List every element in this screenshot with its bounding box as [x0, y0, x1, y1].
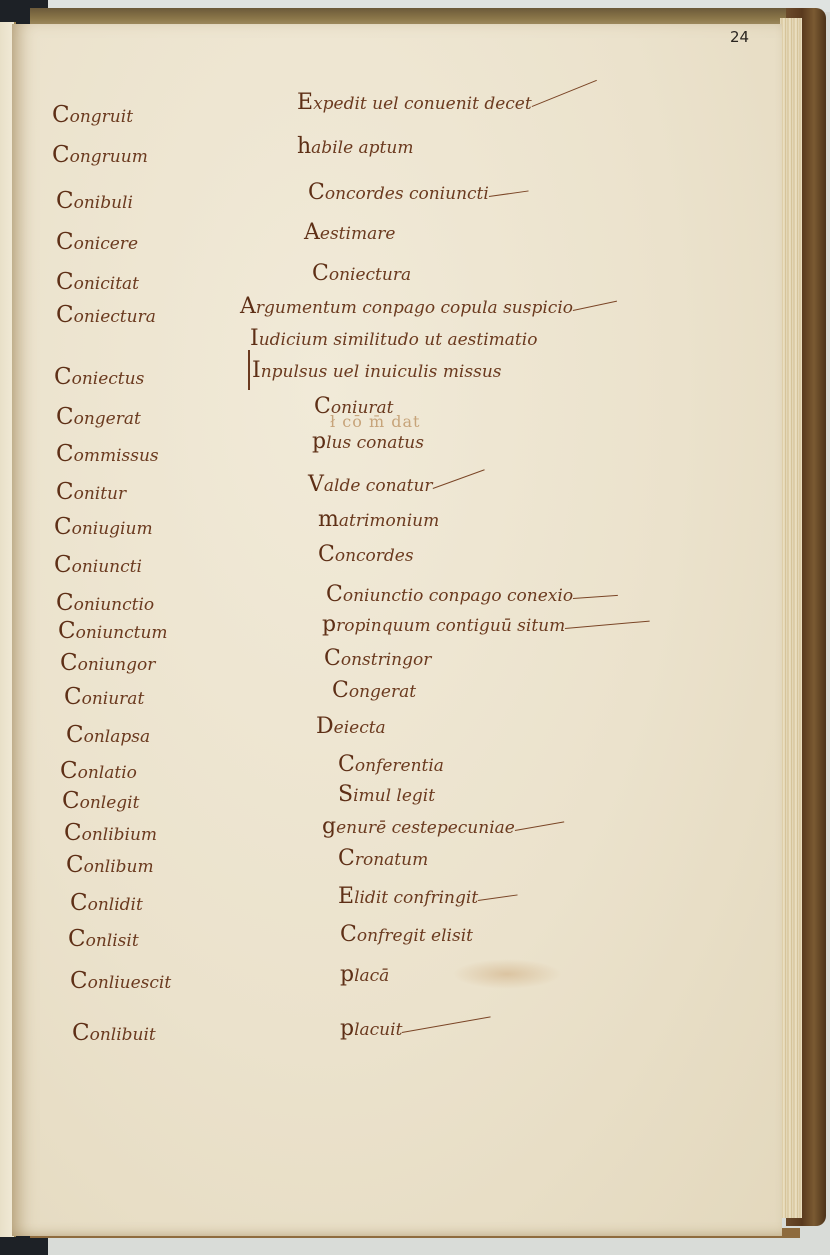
headword-initial: C	[52, 142, 70, 168]
headword: Conliuescit	[70, 968, 171, 994]
headword: Commissus	[56, 441, 159, 467]
gloss-text: lacā	[354, 966, 389, 986]
gloss-text: enurē cestepecuniae	[336, 818, 515, 838]
pen-flourish	[478, 894, 518, 902]
headword: Congruit	[52, 102, 133, 128]
headword-text: onlibum	[84, 857, 154, 877]
gloss-text: oniectura	[329, 265, 411, 285]
gloss-definition: Iudicium similitudo ut aestimatio	[250, 326, 537, 351]
headword-text: onlatio	[78, 763, 137, 783]
gloss-text: oniurat	[331, 398, 394, 418]
headword-text: oniunctio	[74, 595, 155, 615]
headword-initial: C	[56, 404, 74, 430]
headword-initial: C	[70, 890, 88, 916]
headword-text: onlidit	[88, 895, 143, 915]
headword-text: oniungor	[78, 655, 156, 675]
headword: Coniungor	[60, 650, 155, 676]
gloss-initial: C	[324, 646, 341, 671]
headword-initial: C	[56, 441, 74, 467]
pen-flourish	[489, 190, 529, 198]
gloss-initial: I	[250, 326, 259, 351]
gloss-initial: C	[312, 261, 329, 286]
folio-number: 24	[730, 28, 749, 46]
headword-text: ommissus	[74, 446, 159, 466]
gloss-definition: Simul legit	[338, 782, 435, 807]
headword-text: oniectus	[72, 369, 145, 389]
parchment-stain	[452, 959, 562, 989]
gloss-definition: Coniectura	[312, 261, 411, 286]
gloss-text: xpedit uel conuenit decet	[313, 94, 532, 114]
gloss-initial: V	[308, 472, 324, 497]
gloss-text: rgumentum conpago copula suspicio	[256, 298, 573, 318]
gloss-text: onfregit elisit	[357, 926, 473, 946]
gloss-definition: Concordes coniuncti	[308, 180, 489, 205]
headword-text: onicitat	[74, 274, 139, 294]
headword-initial: C	[54, 552, 72, 578]
headword-initial: C	[56, 269, 74, 295]
gloss-text: lacuit	[354, 1020, 402, 1040]
headword: Conicere	[56, 229, 138, 255]
gloss-initial: h	[297, 134, 311, 159]
headword-initial: C	[56, 302, 74, 328]
gloss-definition: Confregit elisit	[340, 922, 473, 947]
headword: Conitur	[56, 479, 126, 505]
headword: Congerat	[56, 404, 141, 430]
headword-initial: C	[62, 788, 80, 814]
headword: Conlapsa	[66, 722, 150, 748]
headword-initial: C	[64, 684, 82, 710]
headword: Conlibium	[64, 820, 157, 846]
headword: Conlibum	[66, 852, 154, 878]
gloss-text: oncordes	[335, 546, 414, 566]
headword-initial: C	[66, 852, 84, 878]
headword-text: onliuescit	[88, 973, 172, 993]
pen-flourish	[433, 469, 485, 490]
headword-initial: C	[70, 968, 88, 994]
headword-initial: C	[56, 229, 74, 255]
headword: Congruum	[52, 142, 148, 168]
headword: Conlatio	[60, 758, 137, 784]
headword-text: onlegit	[80, 793, 140, 813]
headword: Coniuncti	[54, 552, 142, 578]
headword: Coniurat	[64, 684, 144, 710]
headword-text: oniuncti	[72, 557, 142, 577]
gloss-text: onferentia	[355, 756, 444, 776]
headword: Coniectus	[54, 364, 144, 390]
pen-flourish	[573, 595, 618, 600]
gloss-initial: I	[252, 358, 261, 383]
gloss-initial: C	[340, 922, 357, 947]
pen-flourish	[515, 821, 565, 832]
headword-text: onlibuit	[90, 1025, 156, 1045]
gloss-initial: S	[338, 782, 353, 807]
gloss-definition: Conferentia	[338, 752, 444, 777]
headword-text: onlisit	[86, 931, 139, 951]
gloss-initial: E	[297, 90, 313, 115]
headword-initial: C	[72, 1020, 90, 1046]
headword-initial: C	[54, 364, 72, 390]
gloss-text: ronatum	[355, 850, 428, 870]
gloss-definition: Deiecta	[316, 714, 386, 739]
headword: Conlidit	[70, 890, 143, 916]
gloss-initial: C	[326, 582, 343, 607]
headword-initial: C	[56, 590, 74, 616]
gloss-definition: Elidit confringit	[338, 884, 478, 909]
gloss-definition: habile aptum	[297, 134, 413, 159]
headword-text: onlibium	[82, 825, 157, 845]
gloss-definition: Congerat	[332, 678, 416, 703]
headword: Coniectura	[56, 302, 156, 328]
headword-text: oniunctum	[76, 623, 168, 643]
headword-text: ongruum	[70, 147, 148, 167]
gloss-initial: p	[312, 429, 326, 454]
gloss-definition: Expedit uel conuenit decet	[297, 90, 532, 115]
gloss-text: ropinquum contiguū situm	[336, 616, 565, 636]
headword-initial: C	[64, 820, 82, 846]
gloss-text: atrimonium	[339, 511, 439, 531]
headword-initial: C	[66, 722, 84, 748]
headword-text: ongerat	[74, 409, 141, 429]
gloss-initial: A	[240, 294, 256, 319]
gloss-initial: C	[308, 180, 325, 205]
pen-flourish	[532, 80, 598, 108]
gloss-definition: Coniunctio conpago conexio	[326, 582, 573, 607]
pen-flourish	[565, 621, 650, 630]
headword: Conibuli	[56, 188, 133, 214]
headword-text: onibuli	[74, 193, 133, 213]
gloss-initial: C	[314, 394, 331, 419]
headword: Conicitat	[56, 269, 139, 295]
gloss-definition: Cronatum	[338, 846, 428, 871]
gloss-definition: Inpulsus uel inuiculis missus	[252, 358, 502, 383]
gloss-definition: Valde conatur	[308, 472, 433, 497]
gloss-text: onstringor	[341, 650, 432, 670]
headword: Conlibuit	[72, 1020, 156, 1046]
gloss-initial: A	[304, 220, 320, 245]
headword-initial: C	[58, 618, 76, 644]
gloss-definition: placā	[340, 962, 389, 987]
headword-text: onicere	[74, 234, 138, 254]
gloss-definition: plus conatus	[312, 429, 424, 454]
gloss-initial: p	[322, 612, 336, 637]
gloss-text: imul legit	[353, 786, 435, 806]
headword: Conlisit	[68, 926, 139, 952]
gloss-text: udicium similitudo ut aestimatio	[259, 330, 538, 350]
gloss-definition: Aestimare	[304, 220, 395, 245]
headword: Conlegit	[62, 788, 139, 814]
headword-text: oniurat	[82, 689, 145, 709]
gloss-text: abile aptum	[311, 138, 413, 158]
gloss-text: eiecta	[334, 718, 386, 738]
gloss-initial: m	[318, 507, 339, 532]
gloss-initial: D	[316, 714, 334, 739]
headword: Coniunctio	[56, 590, 154, 616]
gloss-definition: matrimonium	[318, 507, 439, 532]
gloss-definition: propinquum contiguū situm	[322, 612, 565, 637]
gloss-initial: C	[332, 678, 349, 703]
gloss-text: lus conatus	[326, 433, 424, 453]
manuscript-leaf: 24 ł cō m̄ dat CongruitExpedit uel conue…	[12, 24, 782, 1236]
headword-initial: C	[56, 188, 74, 214]
headword: Coniugium	[54, 514, 153, 540]
gloss-definition: Constringor	[324, 646, 431, 671]
gloss-initial: p	[340, 962, 354, 987]
headword-initial: C	[60, 650, 78, 676]
pen-flourish	[573, 301, 617, 312]
headword-initial: C	[68, 926, 86, 952]
gloss-text: estimare	[320, 224, 396, 244]
pen-flourish	[402, 1016, 491, 1034]
headword-text: onitur	[74, 484, 127, 504]
gloss-definition: Concordes	[318, 542, 414, 567]
headword-text: oniectura	[74, 307, 156, 327]
gloss-initial: E	[338, 884, 354, 909]
gloss-initial: C	[338, 846, 355, 871]
gloss-text: lidit confringit	[354, 888, 478, 908]
headword: Coniunctum	[58, 618, 168, 644]
gloss-initial: g	[322, 814, 336, 839]
gloss-definition: genurē cestepecuniae	[322, 814, 515, 839]
gloss-initial: p	[340, 1016, 354, 1041]
gloss-initial: C	[318, 542, 335, 567]
headword-text: oniugium	[72, 519, 153, 539]
headword-initial: C	[52, 102, 70, 128]
gloss-definition: Coniurat	[314, 394, 394, 419]
gloss-text: oniunctio conpago conexio	[343, 586, 573, 606]
page-stack-edges	[780, 18, 802, 1218]
headword-text: onlapsa	[84, 727, 151, 747]
gloss-initial: C	[338, 752, 355, 777]
gloss-text: alde conatur	[324, 476, 433, 496]
gloss-text: npulsus uel inuiculis missus	[261, 362, 502, 382]
gloss-text: ongerat	[349, 682, 416, 702]
gloss-definition: Argumentum conpago copula suspicio	[240, 294, 573, 319]
headword-text: ongruit	[70, 107, 133, 127]
headword-initial: C	[56, 479, 74, 505]
headword-initial: C	[60, 758, 78, 784]
headword-initial: C	[54, 514, 72, 540]
gloss-text: oncordes coniuncti	[325, 184, 489, 204]
gloss-definition: placuit	[340, 1016, 402, 1041]
